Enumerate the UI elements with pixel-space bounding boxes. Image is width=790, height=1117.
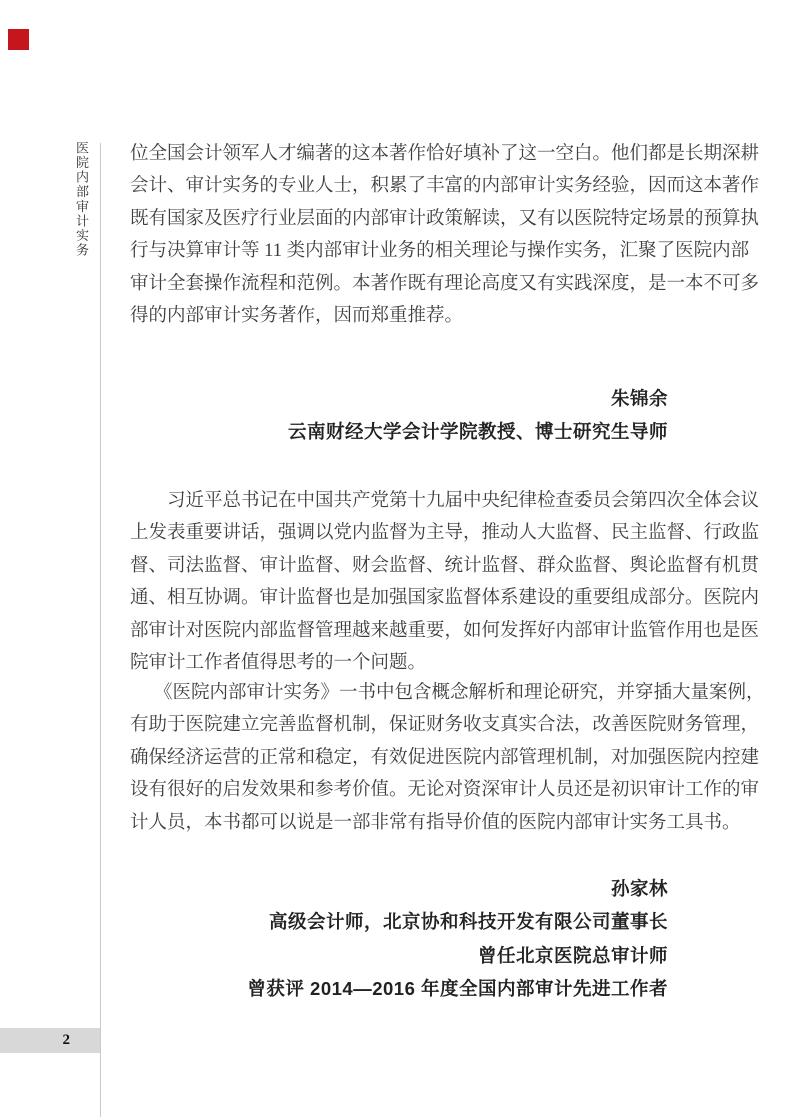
- text-line: 得的内部审计实务著作，因而郑重推荐。: [130, 300, 760, 332]
- text-line: 《医院内部审计实务》一书中包含概念解析和理论研究，并穿插大量案例，: [130, 677, 760, 709]
- text-line: 上发表重要讲话，强调以党内监督为主导，推动人大监督、民主监督、行政监: [130, 517, 760, 549]
- text-line: 高级会计师，北京协和科技开发有限公司董事长: [130, 905, 668, 938]
- text-line: 有助于医院建立完善监督机制，保证财务收支真实合法，改善医院财务管理，: [130, 709, 760, 741]
- recommendation-paragraph-2: 习近平总书记在中国共产党第十九届中央纪律检查委员会第四次全体会议上发表重要讲话，…: [130, 485, 760, 679]
- text-line: 院审计工作者值得思考的一个问题。: [130, 647, 760, 679]
- text-line: 确保经济运营的正常和稳定，有效促进医院内部管理机制，对加强医院内控建: [130, 742, 760, 774]
- recommendation-paragraph-1: 位全国会计领军人才编著的这本著作恰好填补了这一空白。他们都是长期深耕会计、审计实…: [130, 138, 760, 332]
- text-line: 云南财经大学会计学院教授、博士研究生导师: [130, 415, 668, 448]
- text-line: 曾任北京医院总审计师: [130, 939, 668, 972]
- page-number: 2: [0, 1028, 100, 1053]
- text-line: 行与决算审计等 11 类内部审计业务的相关理论与操作实务，汇聚了医院内部: [130, 235, 760, 267]
- text-line: 朱锦余: [130, 382, 668, 415]
- text-line: 审计全套操作流程和范例。本著作既有理论高度又有实践深度，是一本不可多: [130, 268, 760, 300]
- vertical-divider-line: [100, 143, 101, 1117]
- text-line: 督、司法监督、审计监督、财会监督、统计监督、群众监督、舆论监督有机贯: [130, 550, 760, 582]
- text-line: 通、相互协调。审计监督也是加强国家监督体系建设的重要组成部分。医院内: [130, 582, 760, 614]
- text-line: 计人员，本书都可以说是一部非常有指导价值的医院内部审计实务工具书。: [130, 807, 760, 839]
- text-line: 设有很好的启发效果和参考价值。无论对资深审计人员还是初识审计工作的审: [130, 774, 760, 806]
- text-line: 既有国家及医疗行业层面的内部审计政策解读，又有以医院特定场景的预算执: [130, 203, 760, 235]
- red-marker: [8, 29, 29, 50]
- signature-block-sun-jialin: 孙家林高级会计师，北京协和科技开发有限公司董事长曾任北京医院总审计师曾获评 20…: [130, 872, 760, 1006]
- text-line: 习近平总书记在中国共产党第十九届中央纪律检查委员会第四次全体会议: [130, 485, 760, 517]
- sidebar-book-title: 医院内部审计实务: [72, 141, 91, 258]
- text-line: 部审计对医院内部监督管理越来越重要，如何发挥好内部审计监管作用也是医: [130, 615, 760, 647]
- text-line: 曾获评 2014—2016 年度全国内部审计先进工作者: [130, 972, 668, 1005]
- recommendation-paragraph-3: 《医院内部审计实务》一书中包含概念解析和理论研究，并穿插大量案例，有助于医院建立…: [130, 677, 760, 839]
- signature-block-zhu-jinyu: 朱锦余云南财经大学会计学院教授、博士研究生导师: [130, 382, 760, 448]
- page-number-bar: 2: [0, 1028, 100, 1053]
- text-line: 会计、审计实务的专业人士，积累了丰富的内部审计实务经验，因而这本著作: [130, 170, 760, 202]
- text-line: 孙家林: [130, 872, 668, 905]
- book-page: 医院内部审计实务 位全国会计领军人才编著的这本著作恰好填补了这一空白。他们都是长…: [0, 0, 790, 1117]
- text-line: 位全国会计领军人才编著的这本著作恰好填补了这一空白。他们都是长期深耕: [130, 138, 760, 170]
